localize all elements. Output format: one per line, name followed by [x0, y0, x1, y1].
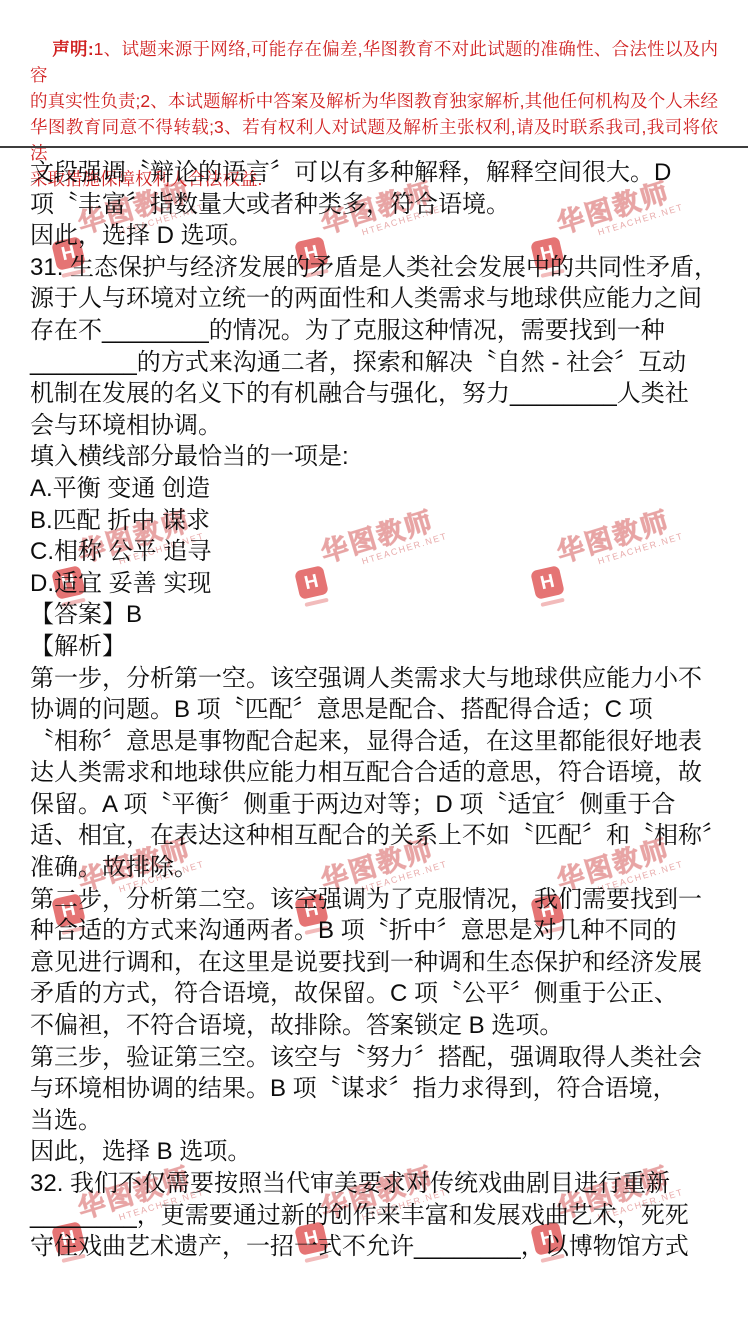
text-line: 文段强调〝辩论的语言〞可以有多种解释，解释空间很大。D	[30, 157, 724, 189]
text-line: 不偏袒，不符合语境，故排除。答案锁定 B 选项。	[30, 1010, 724, 1042]
disclaimer-label: 声明:	[52, 39, 94, 59]
text-line: A.平衡 变通 创造	[30, 473, 724, 505]
text-line: 填入横线部分最恰当的一项是:	[30, 441, 724, 473]
disclaimer-line: 的真实性负责;2、本试题解析中答案及解析为华图教育独家解析,其他任何机构及个人未…	[30, 88, 718, 114]
text-line: 保留。A 项〝平衡〞侧重于两边对等；D 项〝适宜〞侧重于合	[30, 789, 724, 821]
text-line: ________，更需要通过新的创作来丰富和发展戏曲艺术，死死	[30, 1200, 724, 1232]
text-line: ________的方式来沟通二者，探索和解决〝自然 - 社会〞互动	[30, 347, 724, 379]
text-line: 32. 我们不仅需要按照当代审美要求对传统戏曲剧目进行重新	[30, 1168, 724, 1200]
text-line: 31. 生态保护与经济发展的矛盾是人类社会发展中的共同性矛盾，	[30, 252, 724, 284]
text-line: 存在不________的情况。为了克服这种情况，需要找到一种	[30, 315, 724, 347]
text-line: 会与环境相协调。	[30, 410, 724, 442]
text-line: C.相称 公平 追寻	[30, 536, 724, 568]
text-line: 协调的问题。B 项〝匹配〞意思是配合、搭配得合适；C 项	[30, 694, 724, 726]
text-line: 达人类需求和地球供应能力相互配合合适的意思，符合语境，故	[30, 757, 724, 789]
text-line: 适、相宜，在表达这种相互配合的关系上不如〝匹配〞和〝相称〞	[30, 820, 724, 852]
text-line: 因此，选择 B 选项。	[30, 1136, 724, 1168]
text-line: 当选。	[30, 1105, 724, 1137]
text-line: 机制在发展的名义下的有机融合与强化，努力________人类社	[30, 378, 724, 410]
document-page: H 华图教师 HTEACHER.NET H 华图教师 HTEACHER.NET …	[0, 0, 748, 1335]
text-line: 意见进行调和，在这里是说要找到一种调和生态保护和经济发展	[30, 947, 724, 979]
section-divider	[0, 146, 748, 148]
text-line: D.适宜 妥善 实现	[30, 568, 724, 600]
text-line: 【解析】	[30, 631, 724, 663]
disclaimer-text: 1、试题来源于网络,可能存在偏差,华图教育不对此试题的准确性、合法性以及内容	[30, 39, 718, 85]
text-line: 第二步，分析第二空。该空强调为了克服情况，我们需要找到一	[30, 884, 724, 916]
text-line: 矛盾的方式，符合语境，故保留。C 项〝公平〞侧重于公正、	[30, 978, 724, 1010]
text-line: 【答案】B	[30, 599, 724, 631]
text-line: 与环境相协调的结果。B 项〝谋求〞指力求得到，符合语境，	[30, 1073, 724, 1105]
text-line: 〝相称〞意思是事物配合起来，显得合适，在这里都能很好地表	[30, 726, 724, 758]
text-line: 因此，选择 D 选项。	[30, 220, 724, 252]
text-line: 种合适的方式来沟通两者。B 项〝折中〞意思是对几种不同的	[30, 915, 724, 947]
text-line: 第三步，验证第三空。该空与〝努力〞搭配，强调取得人类社会	[30, 1042, 724, 1074]
text-line: 准确。故排除。	[30, 852, 724, 884]
text-line: 守住戏曲艺术遗产，一招一式不允许________，以博物馆方式	[30, 1231, 724, 1263]
text-line: B.匹配 折中 谋求	[30, 505, 724, 537]
question-content: 文段强调〝辩论的语言〞可以有多种解释，解释空间很大。D项〝丰富〞指数量大或者种类…	[30, 157, 724, 1263]
disclaimer-line: 声明:1、试题来源于网络,可能存在偏差,华图教育不对此试题的准确性、合法性以及内…	[30, 36, 718, 88]
text-line: 项〝丰富〞指数量大或者种类多，符合语境。	[30, 189, 724, 221]
text-line: 源于人与环境对立统一的两面性和人类需求与地球供应能力之间	[30, 283, 724, 315]
text-line: 第一步，分析第一空。该空强调人类需求大与地球供应能力小不	[30, 663, 724, 695]
